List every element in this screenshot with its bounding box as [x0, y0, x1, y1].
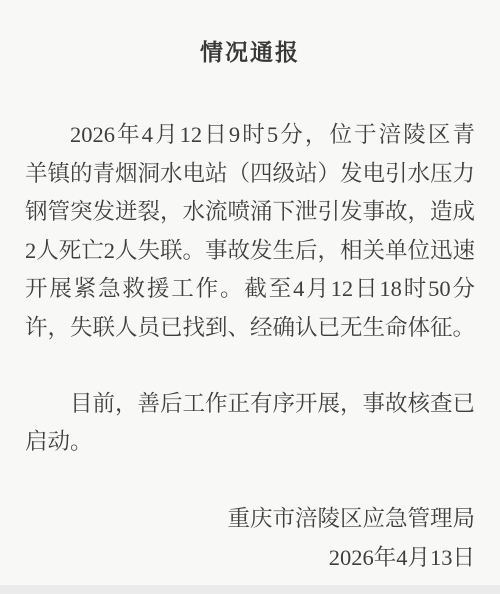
paragraph-followup: 目前，善后工作正有序开展，事故核查已 启动。: [25, 385, 475, 462]
body-line: 钢管突发迸裂，水流喷涌下泄引发事故，造成: [25, 193, 475, 232]
body-line: 羊镇的青烟洞水电站（四级站）发电引水压力: [25, 155, 475, 194]
body-line: 目前，善后工作正有序开展，事故核查已: [25, 385, 475, 424]
body-line: 开展紧急救援工作。截至4月12日18时50分: [25, 270, 475, 309]
body-line: 许，失联人员已找到、经确认已无生命体征。: [25, 309, 475, 348]
body-line: 2026年4月12日9时5分，位于涪陵区青: [25, 116, 475, 155]
issuing-authority: 重庆市涪陵区应急管理局: [25, 499, 475, 538]
signature-block: 重庆市涪陵区应急管理局 2026年4月13日: [25, 499, 475, 577]
notice-title: 情况通报: [0, 0, 500, 66]
body-line: 启动。: [25, 423, 475, 462]
footer-strip: [0, 585, 500, 594]
paragraph-incident: 2026年4月12日9时5分，位于涪陵区青 羊镇的青烟洞水电站（四级站）发电引水…: [25, 116, 475, 348]
notice-page: 情况通报 2026年4月12日9时5分，位于涪陵区青 羊镇的青烟洞水电站（四级站…: [0, 0, 500, 594]
body-line: 2人死亡2人失联。事故发生后，相关单位迅速: [25, 232, 475, 271]
notice-date: 2026年4月13日: [25, 538, 475, 577]
notice-body: 2026年4月12日9时5分，位于涪陵区青 羊镇的青烟洞水电站（四级站）发电引水…: [0, 116, 500, 577]
